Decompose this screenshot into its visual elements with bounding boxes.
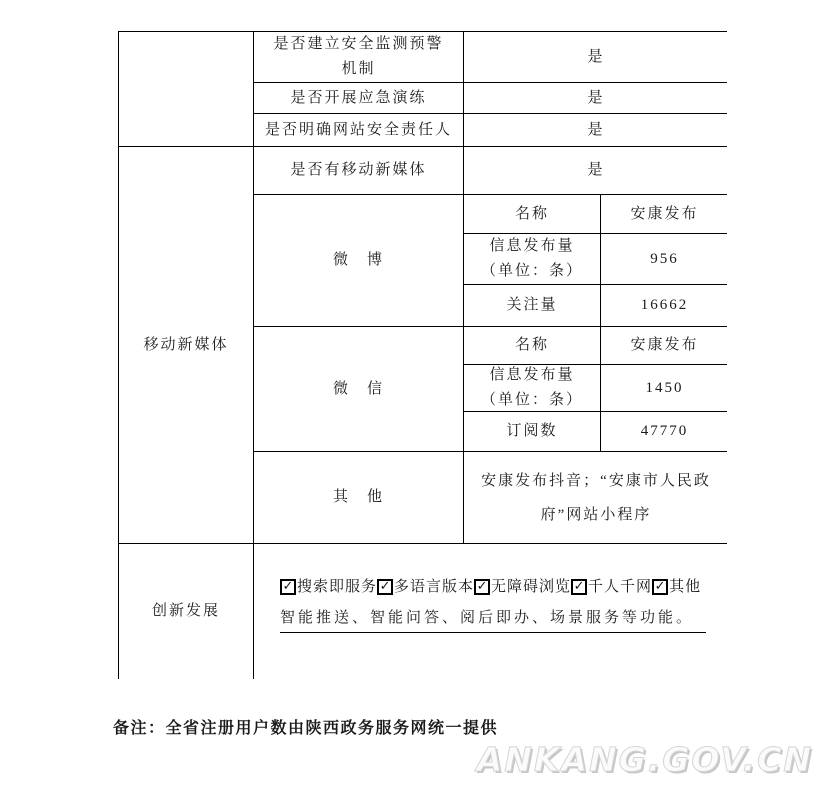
has-mobile-media-label: 是否有移动新媒体 xyxy=(254,147,463,194)
wechat-row-label: 微 信 xyxy=(254,327,463,451)
security-monitoring-value: 是 xyxy=(464,32,728,82)
checkbox-label-accessibility: 无障碍浏览 xyxy=(491,572,571,602)
label-line: （单位：条） xyxy=(481,259,583,284)
weibo-posts-label: 信息发布量 （单位：条） xyxy=(464,234,600,284)
mobile-media-section-label: 移动新媒体 xyxy=(119,147,253,543)
check-mark-icon: ✓ xyxy=(655,580,666,593)
label-line: 机制 xyxy=(341,57,375,82)
label-line: 信息发布量 xyxy=(489,365,574,388)
weibo-name-value: 安康发布 xyxy=(601,195,728,233)
label-line: （单位：条） xyxy=(481,388,583,411)
innovation-content: ✓搜索即服务✓多语言版本✓无障碍浏览✓千人千网✓其他 智能推送、智能问答、阅后即… xyxy=(254,544,728,679)
security-monitoring-label: 是否建立安全监测预警 机制 xyxy=(254,32,463,82)
innovation-other-detail: 智能推送、智能问答、阅后即办、场景服务等功能。 xyxy=(280,604,706,633)
annual-report-table: 是否建立安全监测预警 机制 是 是否开展应急演练 是 是否明确网站安全责任人 是… xyxy=(118,31,727,679)
checkbox-label-personalized: 千人千网 xyxy=(588,572,652,602)
check-mark-icon: ✓ xyxy=(380,580,391,593)
has-mobile-media-value: 是 xyxy=(464,147,728,194)
site-watermark: ANKANG.GOV.CN xyxy=(477,740,813,779)
wechat-posts-label: 信息发布量 （单位：条） xyxy=(464,365,600,411)
label-line: 信息发布量 xyxy=(489,234,574,259)
wechat-name-label: 名称 xyxy=(464,327,600,364)
innovation-checkbox-line: ✓搜索即服务✓多语言版本✓无障碍浏览✓千人千网✓其他 xyxy=(280,572,701,602)
weibo-posts-value: 956 xyxy=(601,234,728,284)
weibo-name-label: 名称 xyxy=(464,195,600,233)
other-media-value: 安康发布抖音；“安康市人民政 府”网站小程序 xyxy=(464,452,728,543)
value-line: 安康发布抖音；“安康市人民政 xyxy=(481,464,711,498)
checkbox-label-other: 其他 xyxy=(669,572,701,602)
security-responsible-person-label: 是否明确网站安全责任人 xyxy=(254,114,463,146)
checkbox-label-multilingual: 多语言版本 xyxy=(394,572,474,602)
wechat-posts-value: 1450 xyxy=(601,365,728,411)
checkbox-label-search-service: 搜索即服务 xyxy=(297,572,377,602)
checked-checkbox-icon: ✓ xyxy=(652,579,668,595)
other-media-label: 其 他 xyxy=(254,452,463,543)
security-responsible-person-value: 是 xyxy=(464,114,728,146)
innovation-section-label: 创新发展 xyxy=(119,544,253,679)
check-mark-icon: ✓ xyxy=(574,580,585,593)
security-section-continuation-cell xyxy=(119,32,253,146)
emergency-drill-value: 是 xyxy=(464,83,728,113)
emergency-drill-label: 是否开展应急演练 xyxy=(254,83,463,113)
weibo-followers-label: 关注量 xyxy=(464,285,600,326)
weibo-followers-value: 16662 xyxy=(601,285,728,326)
checked-checkbox-icon: ✓ xyxy=(571,579,587,595)
checked-checkbox-icon: ✓ xyxy=(280,579,296,595)
check-mark-icon: ✓ xyxy=(477,580,488,593)
check-mark-icon: ✓ xyxy=(283,580,294,593)
weibo-row-label: 微 博 xyxy=(254,195,463,326)
wechat-name-value: 安康发布 xyxy=(601,327,728,364)
checked-checkbox-icon: ✓ xyxy=(377,579,393,595)
value-line: 府”网站小程序 xyxy=(541,498,652,532)
remark-note: 备注：全省注册用户数由陕西政务服务网统一提供 xyxy=(113,715,498,738)
wechat-subscribers-value: 47770 xyxy=(601,412,728,451)
wechat-subscribers-label: 订阅数 xyxy=(464,412,600,451)
checked-checkbox-icon: ✓ xyxy=(474,579,490,595)
label-line: 是否建立安全监测预警 xyxy=(273,32,443,57)
